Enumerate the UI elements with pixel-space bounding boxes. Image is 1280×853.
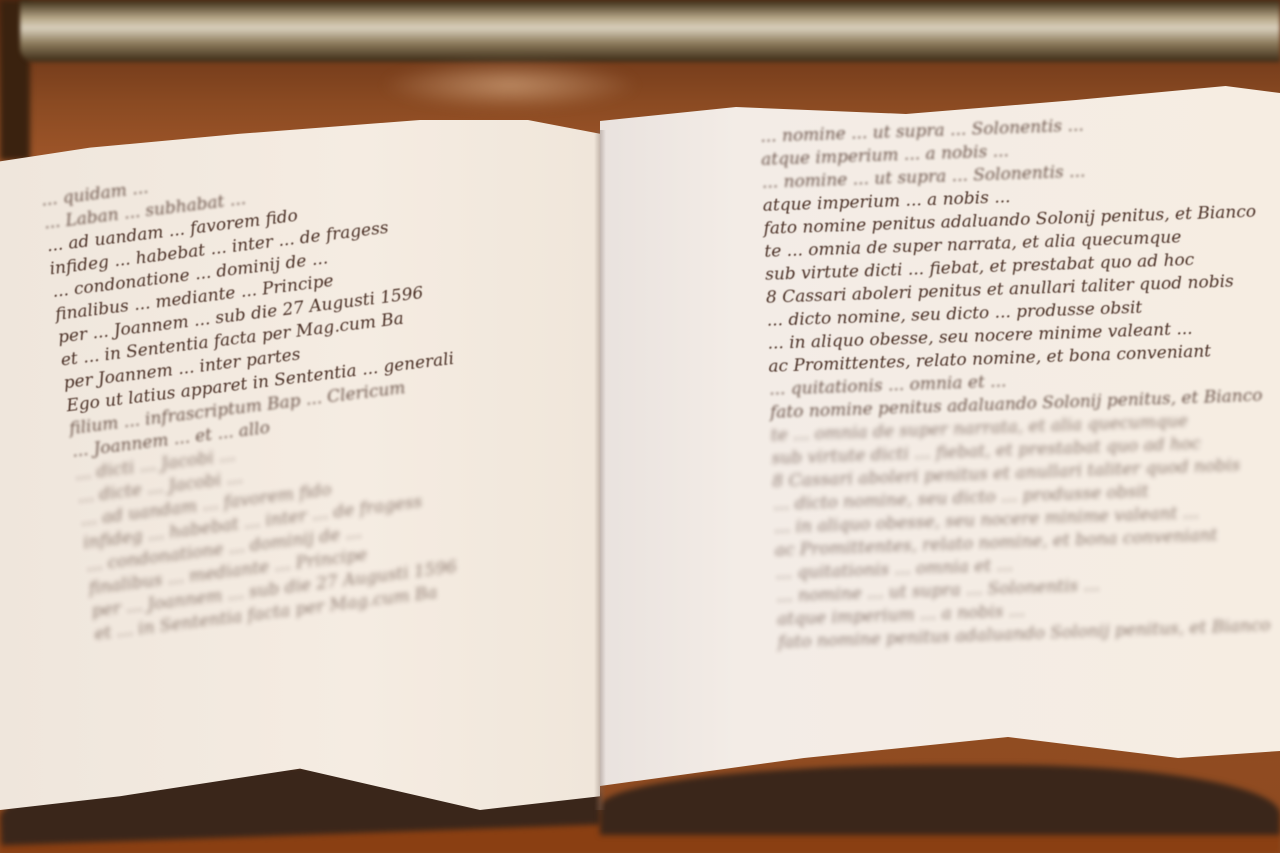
left-page: ... quidam ... ... Laban ... subhabat ..… xyxy=(0,120,600,810)
right-page-block-edge xyxy=(600,765,1280,835)
left-page-handwriting: ... quidam ... ... Laban ... subhabat ..… xyxy=(40,142,483,646)
right-page-handwriting: ... nomine ... ut supra ... Solonentis .… xyxy=(760,109,1271,655)
right-page: ... nomine ... ut supra ... Solonentis .… xyxy=(600,86,1280,786)
wood-reflection xyxy=(380,60,640,110)
picture-frame-edge xyxy=(20,0,1280,62)
book-gutter xyxy=(594,130,606,810)
